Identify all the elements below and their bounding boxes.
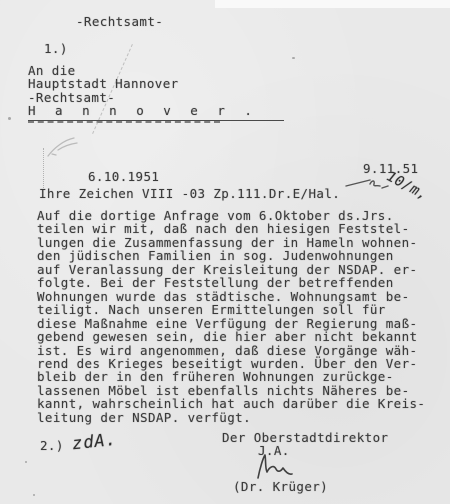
scan-speck [292, 57, 295, 59]
item-number-2: 2.) [40, 438, 64, 453]
closing-title: Der Oberstadtdirektor [222, 430, 388, 445]
text-line: den jüdischen Familien in sog. Judenwohn… [37, 249, 425, 262]
text-line: teiligt. Nach unseren Ermittelungen soll… [37, 303, 425, 316]
text-line: lassenen Möbel ist ebenfalls nichts Nähe… [37, 384, 425, 397]
text-line: Wohnungen wurde das städtische. Wohnungs… [37, 290, 425, 303]
item-number-1: 1.) [44, 41, 68, 56]
letter-body: Auf die dortige Anfrage vom 6.Oktober ds… [37, 209, 425, 424]
scan-edge-artifact [215, 0, 450, 8]
text-line: gebend gewesen sein, die hier aber nicht… [37, 330, 425, 343]
scan-speck [8, 117, 11, 120]
text-line: An die [28, 64, 179, 77]
text-line: folgte. Bei der Feststellung der betreff… [37, 276, 425, 289]
reference-line: Ihre Zeichen VIII -03 Zp.111.Dr.E/Hal. [39, 186, 340, 201]
text-line: leitung der NSDAP. verfügt. [37, 411, 425, 424]
closing-name: (Dr. Krüger) [233, 479, 328, 494]
scan-speck [33, 494, 35, 496]
city-underline-dashes [28, 121, 220, 123]
signature-scribble [250, 452, 302, 482]
office-header: -Rechtsamt- [76, 14, 163, 29]
scanned-letter-page: -Rechtsamt- 1.) An dieHauptstadt Hannove… [0, 0, 450, 504]
text-line: bleib der in den früheren Wohnungen zurü… [37, 370, 425, 383]
text-line: auf Veranlassung der Kreisleitung der NS… [37, 263, 425, 276]
text-line: ist. Es wird angenommen, daß diese Vorgä… [37, 344, 425, 357]
text-line: lungen die Zusammenfassung der in Hameln… [37, 236, 425, 249]
text-line: Hauptstadt Hannover [28, 77, 179, 90]
text-line: kannt, wahrscheinlich hat auch darüber d… [37, 397, 425, 410]
pencil-squiggle [44, 134, 84, 160]
text-line: diese Maßnahme eine Verfügung der Regier… [37, 317, 425, 330]
scan-speck [25, 461, 27, 463]
text-line: Auf die dortige Anfrage vom 6.Oktober ds… [37, 209, 425, 222]
text-line: teilen wir mit, daß nach den hiesigen Fe… [37, 222, 425, 235]
recipient-address: An dieHauptstadt Hannover-Rechtsamt- [28, 64, 179, 104]
sender-date: 6.10.1951 [88, 169, 159, 184]
handwritten-filing-note: zdA. [71, 430, 118, 455]
text-line: rend des Krieges beseitigt wurden. Über … [37, 357, 425, 370]
recipient-city: H a n n o v e r . [28, 103, 284, 121]
